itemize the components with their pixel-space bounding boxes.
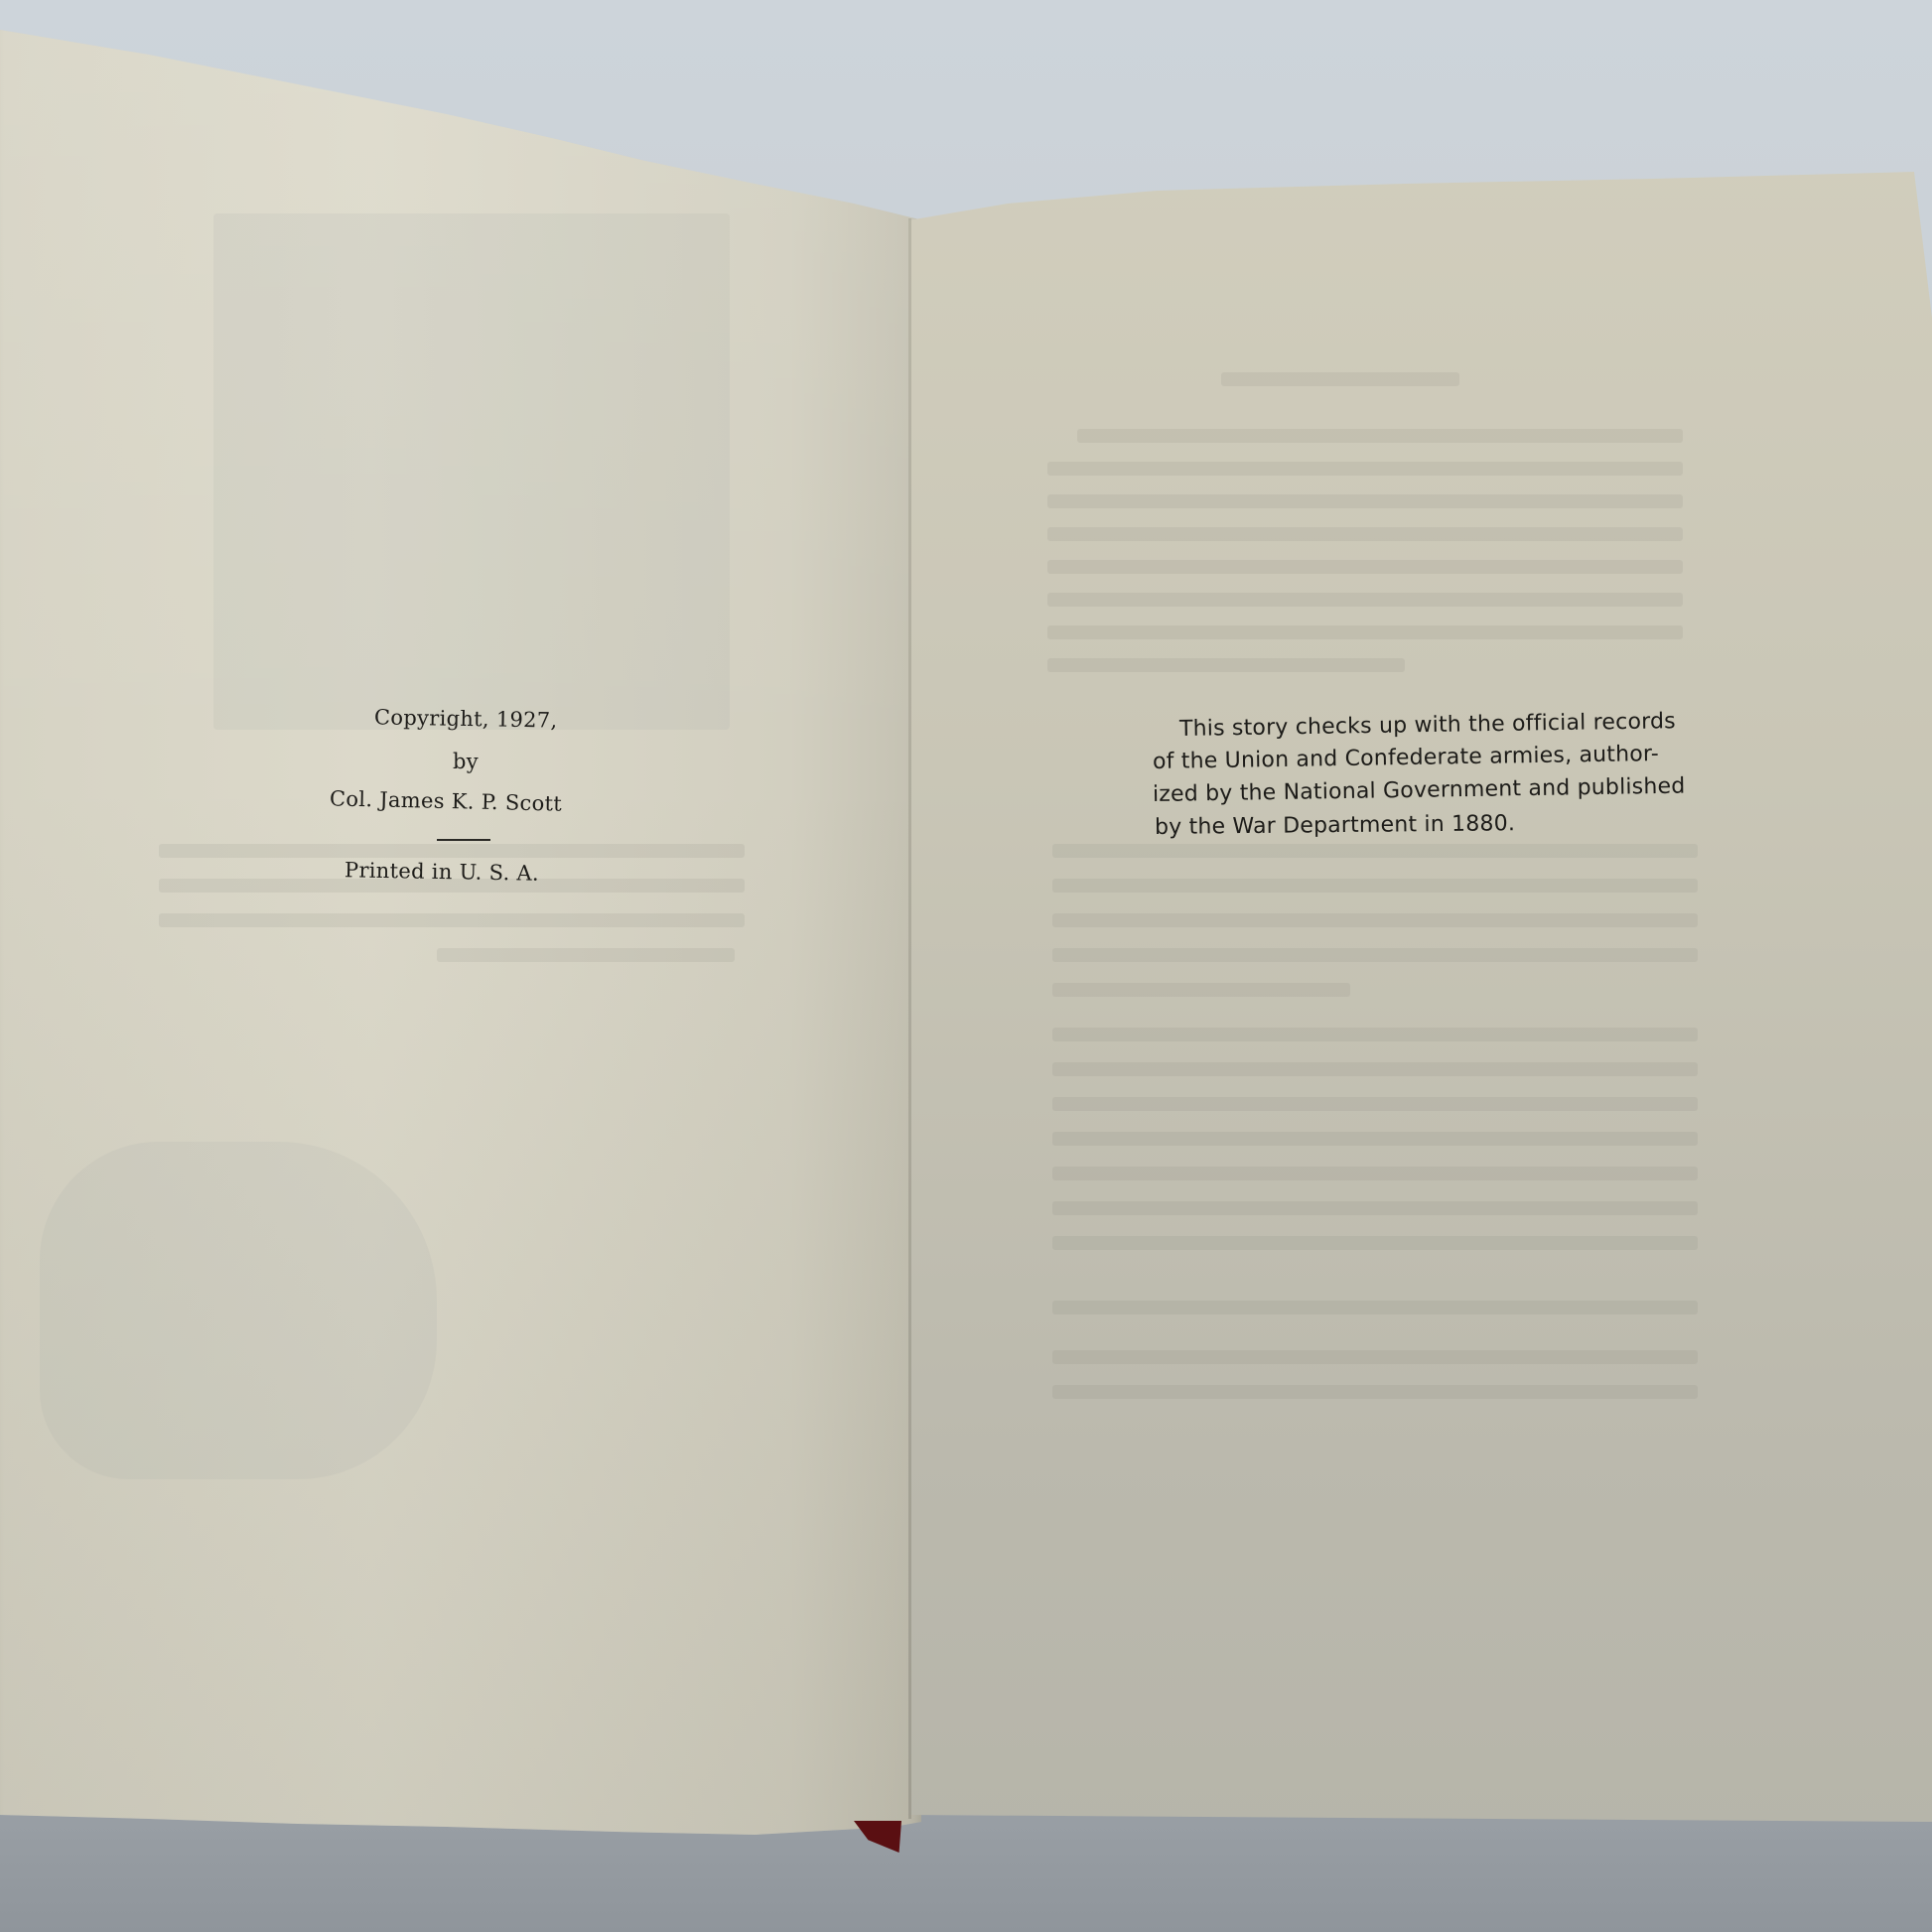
bleed-through-line [1052,879,1698,893]
printed-in-usa: Printed in U. S. A. [345,858,539,885]
bleed-through-line [1052,844,1698,858]
bleed-through-line [1052,1201,1698,1215]
bleed-through-title-block [213,213,730,730]
bleed-through-line [1052,1062,1698,1076]
bleed-through-line [1052,948,1698,962]
bleed-through-line [1052,1028,1698,1041]
bleed-through-illustration [40,1142,437,1479]
bleed-through-line [1221,372,1459,386]
right-page [908,0,1932,1932]
bleed-through-line [1052,1301,1698,1314]
bleed-through-line [159,844,745,858]
book-spine-gutter [908,218,911,1819]
bleed-through-line [1052,1132,1698,1146]
by-line: by [453,750,479,773]
bleed-through-line [1052,913,1698,927]
bleed-through-line [1047,462,1683,476]
bleed-through-line [1052,1236,1698,1250]
red-cover-corner [854,1821,901,1853]
bleed-through-line [1047,494,1683,508]
bleed-through-line [159,913,745,927]
bleed-through-line [437,948,735,962]
separator-rule [437,839,490,841]
bleed-through-line [1052,1167,1698,1180]
bleed-through-line [1047,560,1683,574]
bleed-through-line [1052,1385,1698,1399]
copyright-year: Copyright, 1927, [374,705,558,732]
bleed-through-line [1047,658,1405,672]
bleed-through-line [1052,1350,1698,1364]
bleed-through-line [1047,593,1683,607]
bleed-through-line [1052,983,1350,997]
bleed-through-line [1052,1097,1698,1111]
bleed-through-line [1077,429,1683,443]
bleed-through-line [1047,527,1683,541]
bleed-through-line [1047,625,1683,639]
note-line-4: by the War Department in 1880. [1155,811,1515,840]
